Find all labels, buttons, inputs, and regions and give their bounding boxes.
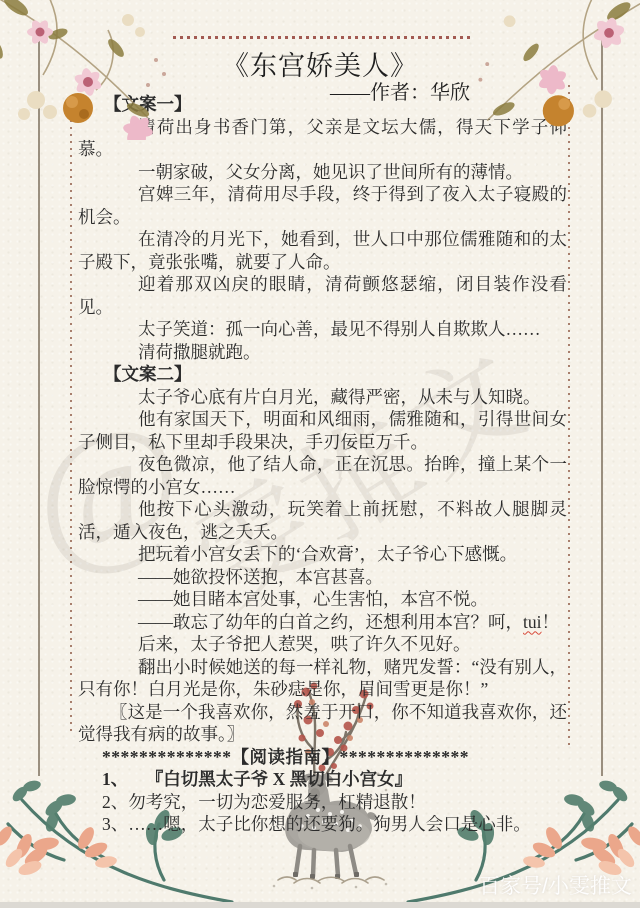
paragraph: 在清冷的月光下，她看到，世人口中那位儒雅随和的太子殿下，竟张张嘴，就要了人命。 — [78, 228, 567, 273]
paragraph: 他按下心头激动，玩笑着上前抚慰，不料故人腿脚灵活，遁入夜色，逃之夭夭。 — [78, 498, 567, 543]
bottom-edge-strip — [0, 902, 640, 908]
body-text: 【文案一】 清荷出身书香门第，父亲是文坛大儒，得天下学子仰慕。 一朝家破，父女分… — [78, 93, 567, 836]
section-heading-1: 【文案一】 — [104, 93, 567, 116]
tui-word: tui — [523, 612, 541, 632]
paragraph: ——她目睹本宫处事，心生害怕，本宫不悦。 — [78, 588, 567, 611]
paragraph: 清荷撒腿就跑。 — [78, 341, 567, 364]
paragraph: 一朝家破，父女分离，她见识了世间所有的薄情。 — [78, 161, 567, 184]
guide-item-2: 2、勿考究，一切为恋爱服务，杠精退散！ — [102, 791, 567, 814]
guide-item-3: 3、……嗯，太子比你想的还要狗。狗男人会口是心非。 — [102, 813, 567, 836]
guide-item-1: 1、 『白切黑太子爷 X 黑切白小宫女』 — [102, 768, 567, 791]
paragraph: 夜色微凉，他了结人命，正在沉思。抬眸，撞上某个一脸惊愕的小宫女…… — [78, 453, 567, 498]
paragraph: 他有家国天下，明面和风细雨，儒雅随和，引得世间女子侧目，私下里却手段果决，手刃佞… — [78, 408, 567, 453]
paragraph: 后来，太子爷把人惹哭，哄了许久不见好。 — [78, 633, 567, 656]
right-dotted-border — [568, 85, 570, 747]
paragraph: 迎着那双凶戾的眼睛，清荷颤悠瑟缩，闭目装作没看见。 — [78, 273, 567, 318]
paragraph: ——她欲投怀送抱，本宫甚喜。 — [78, 566, 567, 589]
paragraph-with-tui: ——敢忘了幼年的白首之约，还想利用本宫？呵，tui！ — [78, 611, 567, 634]
paragraph: 翻出小时候她送的每一样礼物，赌咒发誓：“没有别人，只有你！白月光是你，朱砂痣是你… — [78, 656, 567, 701]
story-summary: 〖这是一个我喜欢你，然羞于开口，你不知道我喜欢你，还觉得我有病的故事。〗 — [78, 701, 567, 746]
baijiahao-credit: 百家号/小雯推文 — [479, 870, 632, 900]
reading-guide-header: **************【阅读指南】************** — [102, 746, 567, 769]
paragraph: 清荷出身书香门第，父亲是文坛大儒，得天下学子仰慕。 — [78, 116, 567, 161]
left-solid-border — [38, 28, 40, 776]
paragraph: 太子笑道：孤一向心善，最见不得别人自欺欺人…… — [78, 318, 567, 341]
tui-post-text: ！ — [541, 612, 559, 632]
right-solid-border — [601, 28, 603, 776]
paragraph: 太子爷心底有片白月光，藏得严密，从未与人知晓。 — [78, 386, 567, 409]
document-page: @ 雯推文 — [0, 0, 640, 908]
paragraph: 把玩着小宫女丢下的‘合欢膏’，太子爷心下感慨。 — [78, 543, 567, 566]
paragraph: 宫婢三年，清荷用尽手段，终于得到了夜入太子寝殿的机会。 — [78, 183, 567, 228]
tui-pre-text: ——敢忘了幼年的白首之约，还想利用本宫？呵， — [138, 612, 523, 632]
top-dotted-rule — [173, 36, 471, 39]
section-heading-2: 【文案二】 — [104, 363, 567, 386]
